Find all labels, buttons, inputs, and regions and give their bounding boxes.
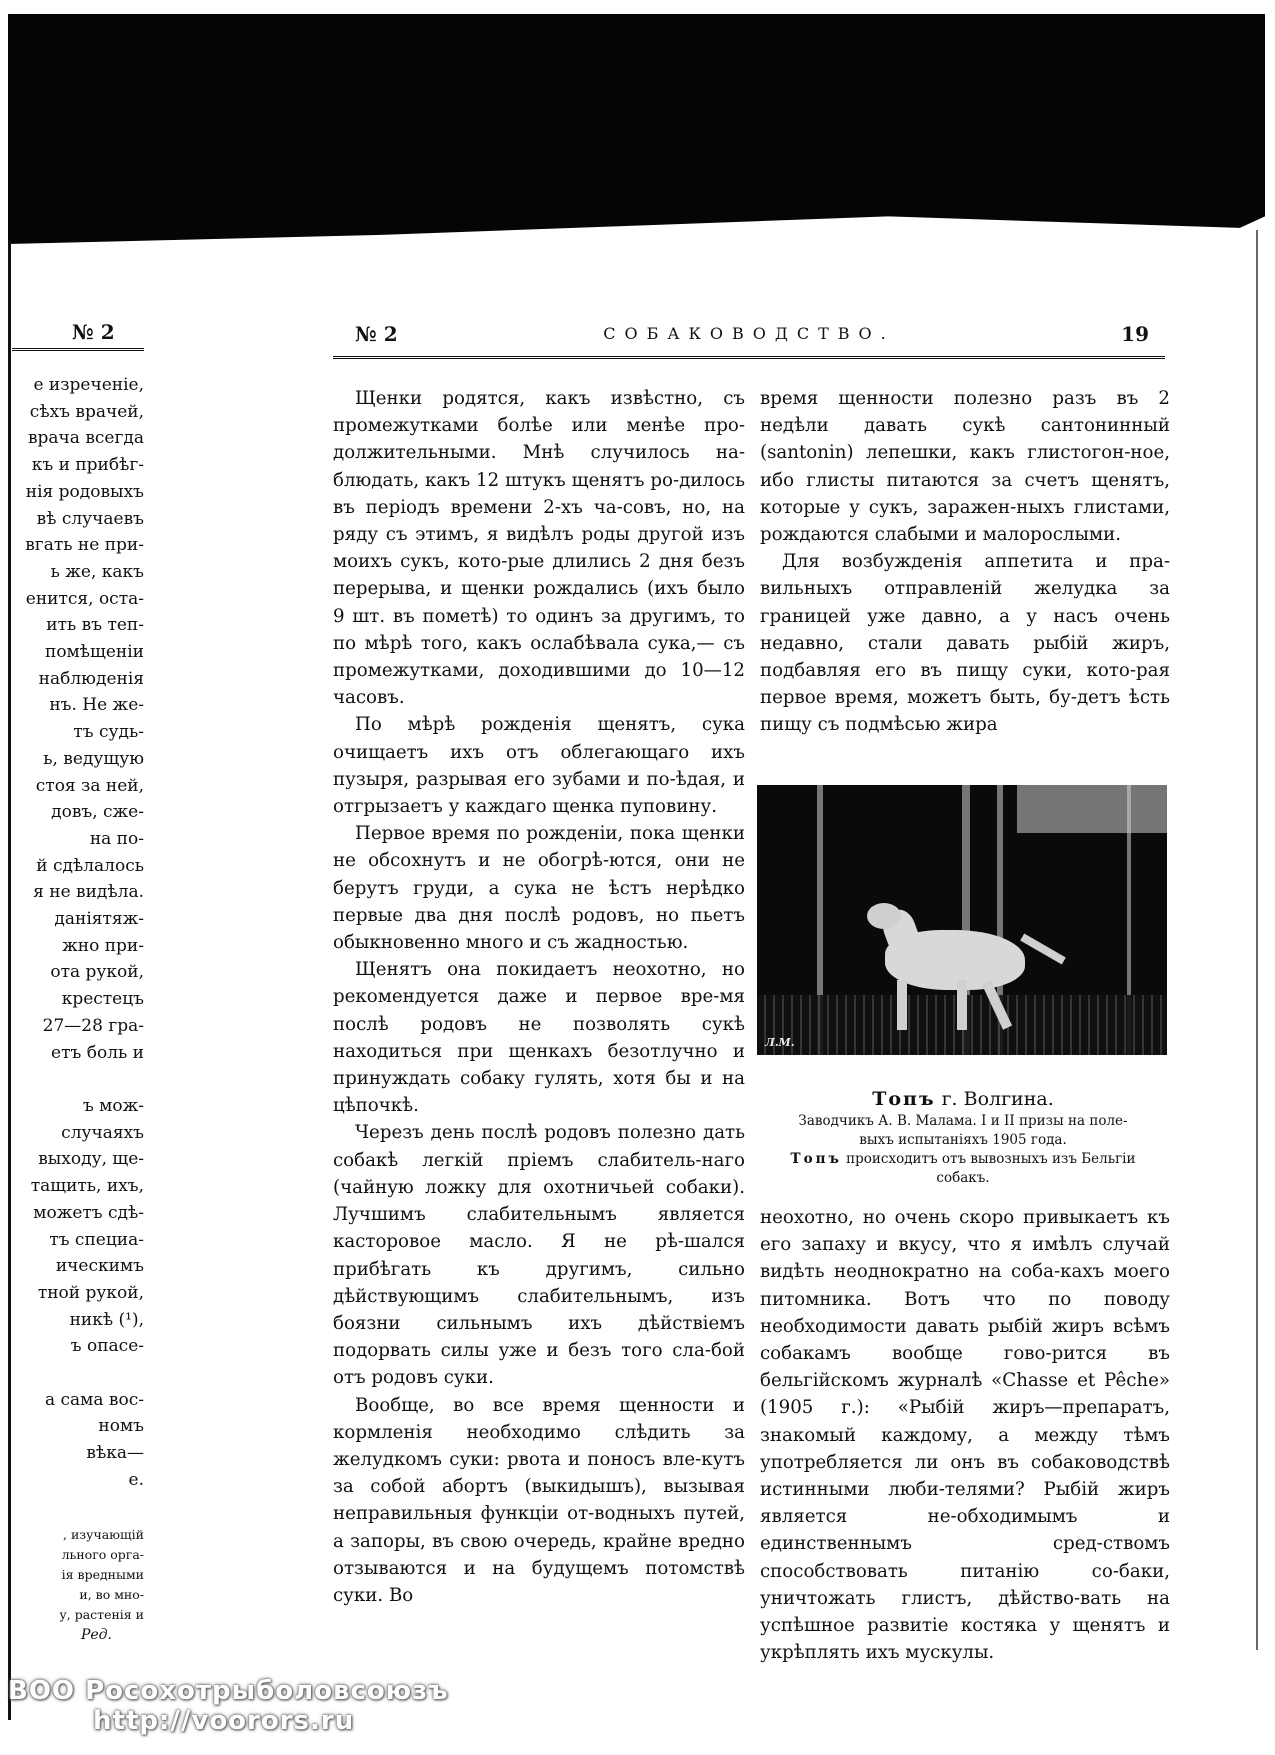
paragraph: время щенности полезно разъ въ 2 недѣли … (760, 385, 1170, 548)
previous-page-line: стоя за ней, (12, 773, 144, 800)
previous-page-line: а сама вос- (12, 1387, 144, 1414)
caption-breeder: Заводчикъ А. В. Малама. I и II призы на … (757, 1112, 1169, 1131)
previous-page-line: довъ, сже- (12, 799, 144, 826)
previous-page-rule (12, 348, 144, 351)
page-number: 19 (1121, 322, 1149, 346)
watermark: ВОО Росохотрыболовсоюзъ http://voorors.r… (8, 1676, 449, 1736)
previous-page-line: случаяхъ (12, 1120, 144, 1147)
previous-page-line: ота рукой, (12, 959, 144, 986)
previous-page-line: е. (12, 1467, 144, 1494)
previous-page-line: тъ специа- (12, 1227, 144, 1254)
previous-page-line: наблюденія (12, 666, 144, 693)
previous-page-line: ическимъ (12, 1253, 144, 1280)
previous-page-line: тащить, ихъ, (12, 1173, 144, 1200)
footnote-line: и, во мно- (12, 1585, 144, 1605)
paragraph: Для возбужденія аппетита и пра-вильныхъ … (760, 548, 1170, 738)
page-edge-left (8, 240, 11, 1720)
header-rule (333, 356, 1165, 359)
caption-trials: выхъ испытаніяхъ 1905 года. (757, 1131, 1169, 1150)
previous-page-line: на по- (12, 826, 144, 853)
right-column-bottom: неохотно, но очень скоро привыкаетъ къ е… (760, 1204, 1170, 1666)
footnote-line: ія вредными (12, 1565, 144, 1585)
previous-page-line: ь, ведущую (12, 746, 144, 773)
previous-page-line: жно при- (12, 933, 144, 960)
previous-page-line: тъ судь- (12, 719, 144, 746)
engraver-mark: Л.М. (765, 1036, 795, 1049)
footnote-signature: Ред. (12, 1625, 144, 1645)
journal-title: СОБАКОВОДСТВО. (333, 324, 1165, 343)
previous-page-line: ить въ теп- (12, 612, 144, 639)
previous-page-line (12, 1066, 144, 1093)
paragraph: Щенки родятся, какъ извѣстно, съ промежу… (333, 385, 745, 711)
footnote-line: у, растенія и (12, 1605, 144, 1625)
previous-page-line: выходу, ще- (12, 1146, 144, 1173)
previous-page-line: етъ боль и (12, 1040, 144, 1067)
previous-page-line: нія родовыхъ (12, 479, 144, 506)
previous-page-line: ъ опасе- (12, 1333, 144, 1360)
previous-page-line: ь же, какъ (12, 559, 144, 586)
dog-photo: Л.М. (757, 785, 1167, 1055)
previous-page-line: 27—28 гра- (12, 1013, 144, 1040)
previous-page-line: нъ. Не же- (12, 692, 144, 719)
footnote-line: льного орга- (12, 1545, 144, 1565)
caption-origin: Топъ происходитъ отъ вывозныхъ изъ Бельг… (757, 1150, 1169, 1169)
previous-page-footnote: , изучающійльного орга-ія вреднымии, во … (12, 1525, 144, 1645)
watermark-org: ВОО Росохотрыболовсоюзъ (8, 1676, 449, 1706)
previous-page-line: даніятяж- (12, 906, 144, 933)
previous-page-line: тной рукой, (12, 1280, 144, 1307)
previous-page-line (12, 1360, 144, 1387)
previous-page-header: № 2 (72, 320, 115, 344)
previous-page-line: къ и прибѣг- (12, 452, 144, 479)
previous-page-line: вгать не при- (12, 532, 144, 559)
previous-page-line: вѣка— (12, 1440, 144, 1467)
previous-page-line: врача всегда (12, 425, 144, 452)
paragraph: Первое время по рожденіи, пока щенки не … (333, 820, 745, 956)
footnote-line: , изучающій (12, 1525, 144, 1545)
running-head: № 2 СОБАКОВОДСТВО. 19 (333, 322, 1165, 352)
previous-page-line: ъ мож- (12, 1093, 144, 1120)
previous-page-line: енится, оста- (12, 586, 144, 613)
paragraph: Черезъ день послѣ родовъ полезно дать со… (333, 1119, 745, 1391)
previous-page-line: е изреченіе, (12, 372, 144, 399)
paragraph: Щенятъ она покидаетъ неохотно, но рекоме… (333, 956, 745, 1119)
previous-page-line: можетъ сдѣ- (12, 1200, 144, 1227)
previous-page-line: я не видѣла. (12, 879, 144, 906)
previous-page-text: е изреченіе,сѣхъ врачей,врача всегдакъ и… (12, 372, 144, 1494)
previous-page-line: никѣ (¹), (12, 1307, 144, 1334)
scan-dark-band (8, 14, 1265, 244)
caption-origin-end: собакъ. (757, 1169, 1169, 1188)
previous-page-fragment: № 2 е изреченіе,сѣхъ врачей,врача всегда… (12, 320, 144, 1680)
figure-caption: Топъ г. Волгина. Заводчикъ А. В. Малама.… (757, 1086, 1169, 1188)
previous-page-line: помѣщеніи (12, 639, 144, 666)
figure: Л.М. (757, 785, 1169, 1075)
watermark-url: http://voorors.ru (93, 1706, 449, 1736)
paragraph: По мѣрѣ рожденія щенятъ, сука очищаетъ и… (333, 711, 745, 820)
middle-column: Щенки родятся, какъ извѣстно, съ промежу… (333, 385, 745, 1675)
paragraph: неохотно, но очень скоро привыкаетъ къ е… (760, 1204, 1170, 1666)
caption-title: Топъ г. Волгина. (757, 1086, 1169, 1112)
previous-page-line: крестецъ (12, 986, 144, 1013)
previous-page-line: вѣ случаевъ (12, 506, 144, 533)
previous-page-line: номъ (12, 1413, 144, 1440)
paragraph: Вообще, во все время щенности и кормлені… (333, 1392, 745, 1610)
previous-page-line: й сдѣлалось (12, 853, 144, 880)
previous-page-line: сѣхъ врачей, (12, 399, 144, 426)
right-column-top: время щенности полезно разъ въ 2 недѣли … (760, 385, 1170, 739)
page-edge-right (1256, 230, 1258, 1650)
